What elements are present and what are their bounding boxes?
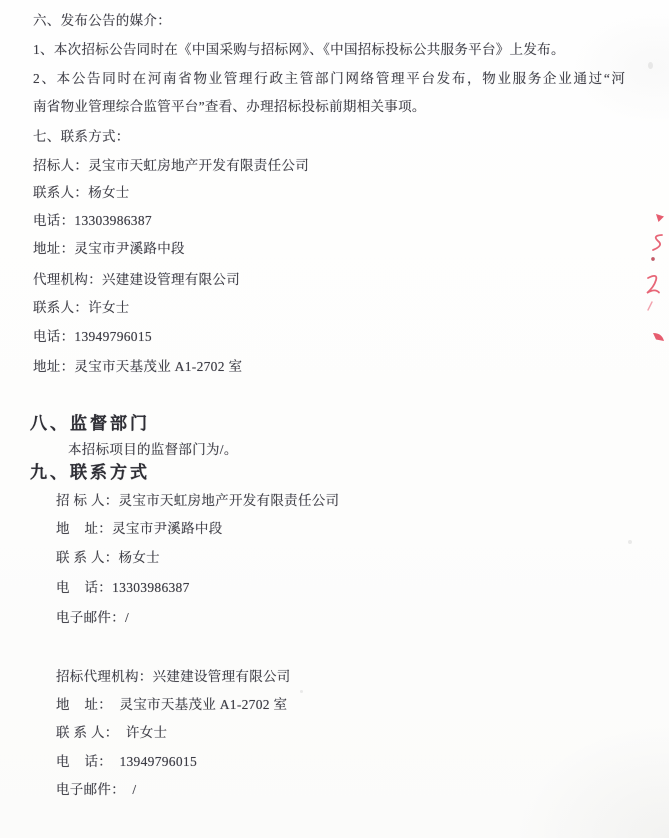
section9-address-line: 地 址：灵宝市尹溪路中段 [56,520,223,537]
section9-email-line: 电子邮件：/ [56,609,129,626]
section9-contact-line: 联 系 人：杨女士 [56,549,160,566]
scan-speck [648,62,653,69]
section8-heading: 八、监督部门 [30,413,150,434]
section9-phone-line: 电 话：13303986387 [56,579,190,596]
section9-agency-address-line: 地 址： 灵宝市天基茂业 A1-2702 室 [56,696,287,713]
section6-item1: 1、本次招标公告同时在《中国采购与招标网》、《中国招标投标公共服务平台》上发布。 [33,41,565,58]
section6-item2-line1: 2、本公告同时在河南省物业管理行政主管部门网络管理平台发布，物业服务企业通过“河 [33,70,627,87]
section7-phone-line: 电话：13303986387 [33,212,152,229]
section7-agency-address-line: 地址：灵宝市天基茂业 A1-2702 室 [33,358,242,375]
section7-address-line: 地址：灵宝市尹溪路中段 [33,240,185,257]
section9-agency-line: 招标代理机构：兴建建设管理有限公司 [56,668,291,685]
section7-contact-line: 联系人：杨女士 [33,184,130,201]
section7-agency-phone-line: 电话：13949796015 [33,328,152,345]
section7-agency-line: 代理机构：兴建建设管理有限公司 [33,271,240,288]
scanned-document-page: 六、发布公告的媒介： 1、本次招标公告同时在《中国采购与招标网》、《中国招标投标… [0,0,669,838]
section9-agency-contact-line: 联 系 人： 许女士 [56,724,167,741]
red-handwriting-marks [641,206,669,348]
section9-tenderer-line: 招 标 人：灵宝市天虹房地产开发有限责任公司 [56,492,339,509]
section7-tenderer-line: 招标人：灵宝市天虹房地产开发有限责任公司 [33,157,309,174]
section6-item2-line2: 南省物业管理综合监管平台”查看、办理招标投标前期相关事项。 [33,98,426,115]
section7-heading: 七、联系方式： [33,128,130,145]
scan-speck [300,690,303,693]
section8-body: 本招标项目的监督部门为/。 [68,441,238,458]
section6-heading: 六、发布公告的媒介： [33,12,171,29]
section9-agency-email-line: 电子邮件： / [56,781,136,798]
section7-agency-contact-line: 联系人：许女士 [33,299,130,316]
scan-speck [628,540,632,544]
section9-agency-phone-line: 电 话： 13949796015 [56,753,197,770]
section9-heading: 九、联系方式 [30,462,150,483]
